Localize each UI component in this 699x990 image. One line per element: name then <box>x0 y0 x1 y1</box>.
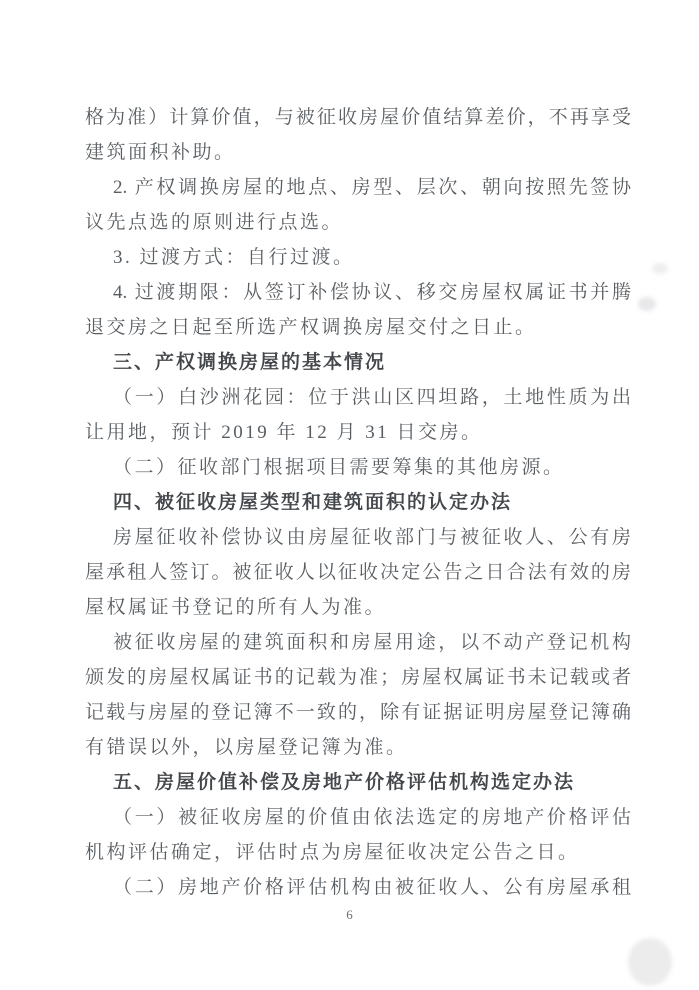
body-text-line: 屋权属证书登记的所有人为准。 <box>85 590 631 625</box>
body-text-line: （二）征收部门根据项目需要筹集的其他房源。 <box>85 450 631 485</box>
body-text-line: 屋承租人签订。被征收人以征收决定公告之日合法有效的房 <box>85 555 631 590</box>
body-text-line: （一）白沙洲花园：位于洪山区四坦路，土地性质为出 <box>85 380 631 415</box>
body-text-line: 4. 过渡期限：从签订补偿协议、移交房屋权属证书并腾 <box>85 275 631 310</box>
body-text-line: （二）房地产价格评估机构由被征收人、公有房屋承租 <box>85 870 631 905</box>
document-page: 格为准）计算价值，与被征收房屋价值结算差价，不再享受建筑面积补助。2. 产权调换… <box>0 0 699 990</box>
body-text-line: 3. 过渡方式：自行过渡。 <box>85 240 631 275</box>
scan-smudge-artifact <box>628 938 672 986</box>
body-text-line: 房屋征收补偿协议由房屋征收部门与被征收人、公有房 <box>85 520 631 555</box>
page-number: 6 <box>0 905 699 925</box>
scan-smudge-artifact <box>638 297 656 311</box>
body-text-line: 被征收房屋的建筑面积和房屋用途，以不动产登记机构 <box>85 625 631 660</box>
body-text-line: 记载与房屋的登记簿不一致的，除有证据证明房屋登记簿确 <box>85 695 631 730</box>
body-text-line: 有错误以外，以房屋登记簿为准。 <box>85 730 631 765</box>
section-heading-line: 五、房屋价值补偿及房地产价格评估机构选定办法 <box>85 765 631 800</box>
body-text-line: 让用地，预计 2019 年 12 月 31 日交房。 <box>85 415 631 450</box>
section-heading-line: 四、被征收房屋类型和建筑面积的认定办法 <box>85 485 631 520</box>
body-text-line: 退交房之日起至所选产权调换房屋交付之日止。 <box>85 310 631 345</box>
body-text-line: （一）被征收房屋的价值由依法选定的房地产价格评估 <box>85 800 631 835</box>
section-heading-line: 三、产权调换房屋的基本情况 <box>85 345 631 380</box>
body-text-line: 机构评估确定，评估时点为房屋征收决定公告之日。 <box>85 835 631 870</box>
body-text-line: 2. 产权调换房屋的地点、房型、层次、朝向按照先签协 <box>85 170 631 205</box>
text-block: 格为准）计算价值，与被征收房屋价值结算差价，不再享受建筑面积补助。2. 产权调换… <box>85 100 631 905</box>
body-text-line: 议先点选的原则进行点选。 <box>85 205 631 240</box>
scan-smudge-artifact <box>652 263 668 274</box>
body-text-line: 颁发的房屋权属证书的记载为准；房屋权属证书未记载或者 <box>85 660 631 695</box>
body-text-line: 建筑面积补助。 <box>85 135 631 170</box>
body-text-line: 格为准）计算价值，与被征收房屋价值结算差价，不再享受 <box>85 100 631 135</box>
